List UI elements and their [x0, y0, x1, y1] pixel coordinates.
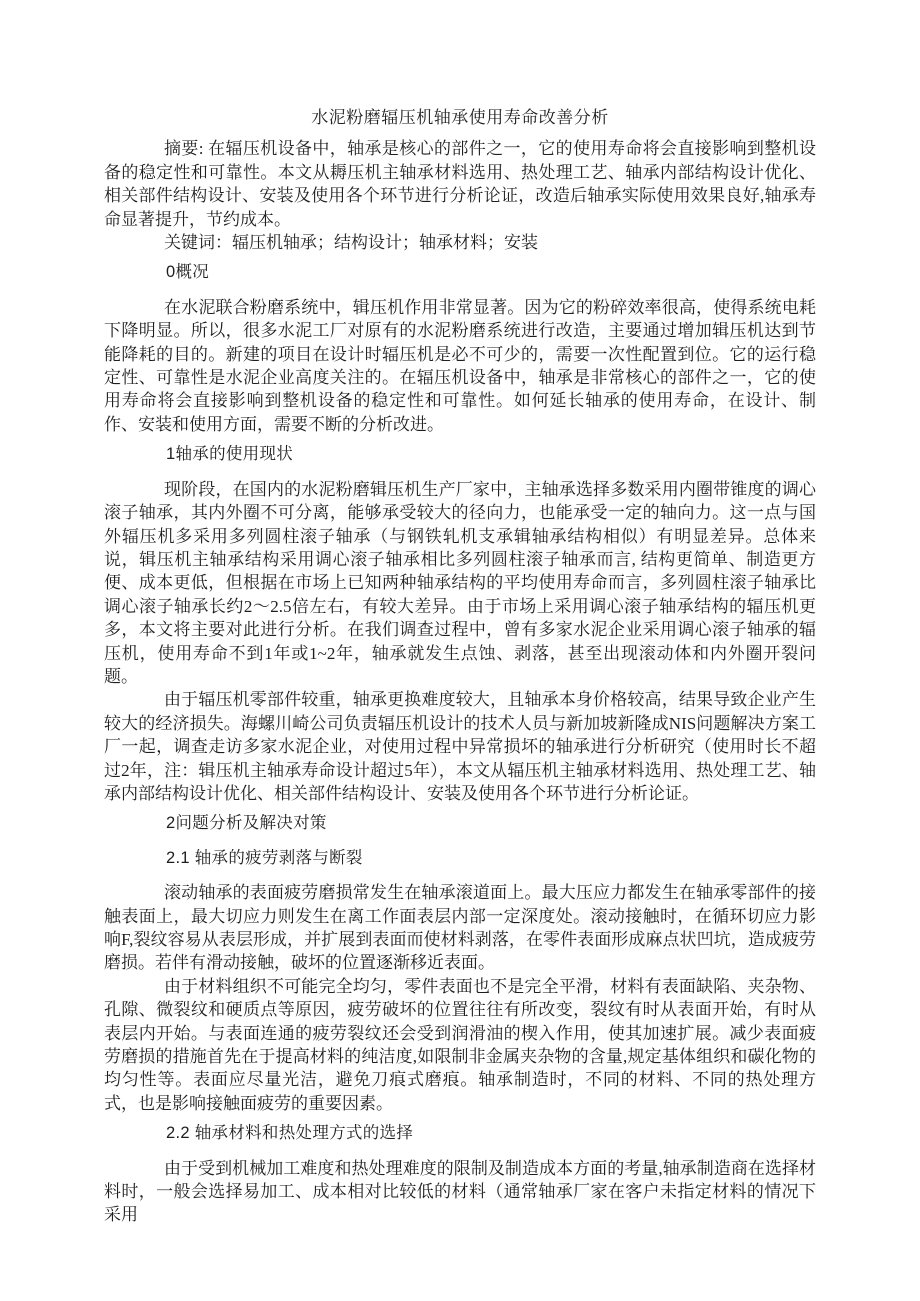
overview-paragraph: 在水泥联合粉磨系统中，辑压机作用非常显著。因为它的粉碎效率很高，使得系统电耗下降…: [104, 296, 816, 436]
section-heading-fatigue-spalling: 2.1 轴承的疲劳剥落与断裂: [166, 847, 816, 870]
section-heading-problem-analysis: 2问题分析及解决对策: [166, 812, 816, 835]
section-heading-usage-status: 1轴承的使用现状: [166, 443, 816, 466]
fatigue-spalling-paragraph-2: 由于材料组织不可能完全均匀，零件表面也不是完全平滑，材料有表面缺陷、夹杂物、孔隙…: [104, 975, 816, 1115]
document-page: 水泥粉磨辐压机轴承使用寿命改善分析 摘要: 在辐压机设备中，轴承是核心的部件之一…: [0, 0, 920, 1301]
material-heat-treatment-paragraph: 由于受到机械加工难度和热处理难度的限制及制造成本方面的考量,轴承制造商在选择材料…: [104, 1157, 816, 1227]
keywords-line: 关键词：辐压机轴承；结构设计；轴承材料；安装: [104, 231, 816, 254]
abstract-paragraph: 摘要: 在辐压机设备中，轴承是核心的部件之一，它的使用寿命将会直接影响到整机设备…: [104, 137, 816, 231]
document-title: 水泥粉磨辐压机轴承使用寿命改善分析: [104, 106, 816, 129]
usage-status-paragraph-1: 现阶段，在国内的水泥粉磨辑压机生产厂家中，主轴承选择多数采用内圈带锥度的调心滚子…: [104, 478, 816, 689]
section-heading-overview: 0概况: [166, 261, 816, 284]
section-heading-material-heat-treatment: 2.2 轴承材料和热处理方式的选择: [166, 1122, 816, 1145]
usage-status-paragraph-2: 由于辐压机零部件较重，轴承更换难度较大，且轴承本身价格较高，结果导致企业产生较大…: [104, 688, 816, 805]
fatigue-spalling-paragraph-1: 滚动轴承的表面疲劳磨损常发生在轴承滚道面上。最大压应力都发生在轴承零部件的接触表…: [104, 881, 816, 975]
